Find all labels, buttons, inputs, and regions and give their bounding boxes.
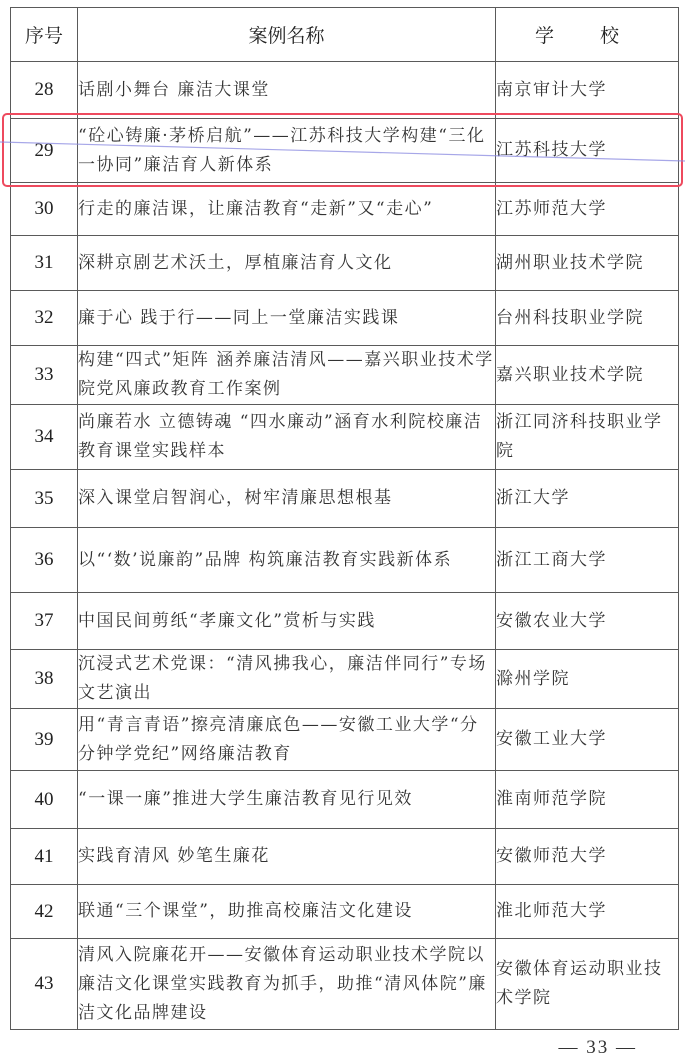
case-name: 深耕京剧艺术沃土，厚植廉洁育人文化 xyxy=(78,236,496,291)
header-school: 学 校 xyxy=(496,8,679,62)
table-row: 32廉于心 践于行——同上一堂廉洁实践课台州科技职业学院 xyxy=(11,291,679,346)
case-name: 构建“四式”矩阵 涵养廉洁清风——嘉兴职业技术学院党风廉政教育工作案例 xyxy=(78,346,496,405)
school-name: 淮南师范学院 xyxy=(496,771,679,829)
table-row: 38沉浸式艺术党课：“清风拂我心，廉洁伴同行”专场文艺演出滁州学院 xyxy=(11,650,679,709)
row-number: 34 xyxy=(11,405,78,470)
school-name: 江苏师范大学 xyxy=(496,183,679,236)
case-name: 话剧小舞台 廉洁大课堂 xyxy=(78,62,496,119)
school-name: 浙江大学 xyxy=(496,470,679,528)
case-name: “一课一廉”推进大学生廉洁教育见行见效 xyxy=(78,771,496,829)
table-row: 42联通“三个课堂”，助推高校廉洁文化建设淮北师范大学 xyxy=(11,885,679,939)
row-number: 42 xyxy=(11,885,78,939)
row-number: 40 xyxy=(11,771,78,829)
row-number: 41 xyxy=(11,829,78,885)
school-name: 滁州学院 xyxy=(496,650,679,709)
school-name: 湖州职业技术学院 xyxy=(496,236,679,291)
table-row: 31深耕京剧艺术沃土，厚植廉洁育人文化湖州职业技术学院 xyxy=(11,236,679,291)
header-no: 序号 xyxy=(11,8,78,62)
case-name: 沉浸式艺术党课：“清风拂我心，廉洁伴同行”专场文艺演出 xyxy=(78,650,496,709)
table-row: 36以“‘数’说廉韵”品牌 构筑廉洁教育实践新体系浙江工商大学 xyxy=(11,528,679,593)
school-name: 安徽师范大学 xyxy=(496,829,679,885)
school-name: 安徽工业大学 xyxy=(496,709,679,771)
table-row: 34尚廉若水 立德铸魂 “四水廉动”涵育水利院校廉洁教育课堂实践样本浙江同济科技… xyxy=(11,405,679,470)
school-name: 嘉兴职业技术学院 xyxy=(496,346,679,405)
table-row: 43清风入院廉花开——安徽体育运动职业技术学院以廉洁文化课堂实践教育为抓手，助推… xyxy=(11,939,679,1030)
document-page: 序号 案例名称 学 校 28话剧小舞台 廉洁大课堂南京审计大学29“砼心铸廉·茅… xyxy=(0,0,685,1064)
row-number: 29 xyxy=(11,119,78,183)
row-number: 39 xyxy=(11,709,78,771)
school-name: 安徽农业大学 xyxy=(496,593,679,650)
case-name: “砼心铸廉·茅桥启航”——江苏科技大学构建“三化一协同”廉洁育人新体系 xyxy=(78,119,496,183)
row-number: 37 xyxy=(11,593,78,650)
row-number: 30 xyxy=(11,183,78,236)
table-row: 41实践育清风 妙笔生廉花安徽师范大学 xyxy=(11,829,679,885)
case-table: 序号 案例名称 学 校 28话剧小舞台 廉洁大课堂南京审计大学29“砼心铸廉·茅… xyxy=(10,7,679,1030)
table-row: 30行走的廉洁课，让廉洁教育“走新”又“走心”江苏师范大学 xyxy=(11,183,679,236)
table-row: 33构建“四式”矩阵 涵养廉洁清风——嘉兴职业技术学院党风廉政教育工作案例嘉兴职… xyxy=(11,346,679,405)
row-number: 36 xyxy=(11,528,78,593)
table-row: 29“砼心铸廉·茅桥启航”——江苏科技大学构建“三化一协同”廉洁育人新体系江苏科… xyxy=(11,119,679,183)
row-number: 35 xyxy=(11,470,78,528)
case-name: 用“青言青语”擦亮清廉底色——安徽工业大学“分分钟学党纪”网络廉洁教育 xyxy=(78,709,496,771)
page-number: — 33 — xyxy=(559,1037,638,1059)
table-row: 35深入课堂启智润心，树牢清廉思想根基浙江大学 xyxy=(11,470,679,528)
row-number: 33 xyxy=(11,346,78,405)
row-number: 43 xyxy=(11,939,78,1030)
school-name: 浙江工商大学 xyxy=(496,528,679,593)
table-row: 37中国民间剪纸“孝廉文化”赏析与实践安徽农业大学 xyxy=(11,593,679,650)
case-name: 深入课堂启智润心，树牢清廉思想根基 xyxy=(78,470,496,528)
case-name: 清风入院廉花开——安徽体育运动职业技术学院以廉洁文化课堂实践教育为抓手，助推“清… xyxy=(78,939,496,1030)
table-row: 39用“青言青语”擦亮清廉底色——安徽工业大学“分分钟学党纪”网络廉洁教育安徽工… xyxy=(11,709,679,771)
row-number: 31 xyxy=(11,236,78,291)
case-name: 尚廉若水 立德铸魂 “四水廉动”涵育水利院校廉洁教育课堂实践样本 xyxy=(78,405,496,470)
header-case-name: 案例名称 xyxy=(78,8,496,62)
school-name: 浙江同济科技职业学院 xyxy=(496,405,679,470)
case-name: 行走的廉洁课，让廉洁教育“走新”又“走心” xyxy=(78,183,496,236)
table-row: 40“一课一廉”推进大学生廉洁教育见行见效淮南师范学院 xyxy=(11,771,679,829)
case-name: 中国民间剪纸“孝廉文化”赏析与实践 xyxy=(78,593,496,650)
school-name: 江苏科技大学 xyxy=(496,119,679,183)
school-name: 南京审计大学 xyxy=(496,62,679,119)
table-row: 28话剧小舞台 廉洁大课堂南京审计大学 xyxy=(11,62,679,119)
row-number: 38 xyxy=(11,650,78,709)
school-name: 安徽体育运动职业技术学院 xyxy=(496,939,679,1030)
case-name: 以“‘数’说廉韵”品牌 构筑廉洁教育实践新体系 xyxy=(78,528,496,593)
case-name: 联通“三个课堂”，助推高校廉洁文化建设 xyxy=(78,885,496,939)
table-header-row: 序号 案例名称 学 校 xyxy=(11,8,679,62)
row-number: 32 xyxy=(11,291,78,346)
case-name: 实践育清风 妙笔生廉花 xyxy=(78,829,496,885)
school-name: 淮北师范大学 xyxy=(496,885,679,939)
row-number: 28 xyxy=(11,62,78,119)
case-name: 廉于心 践于行——同上一堂廉洁实践课 xyxy=(78,291,496,346)
school-name: 台州科技职业学院 xyxy=(496,291,679,346)
